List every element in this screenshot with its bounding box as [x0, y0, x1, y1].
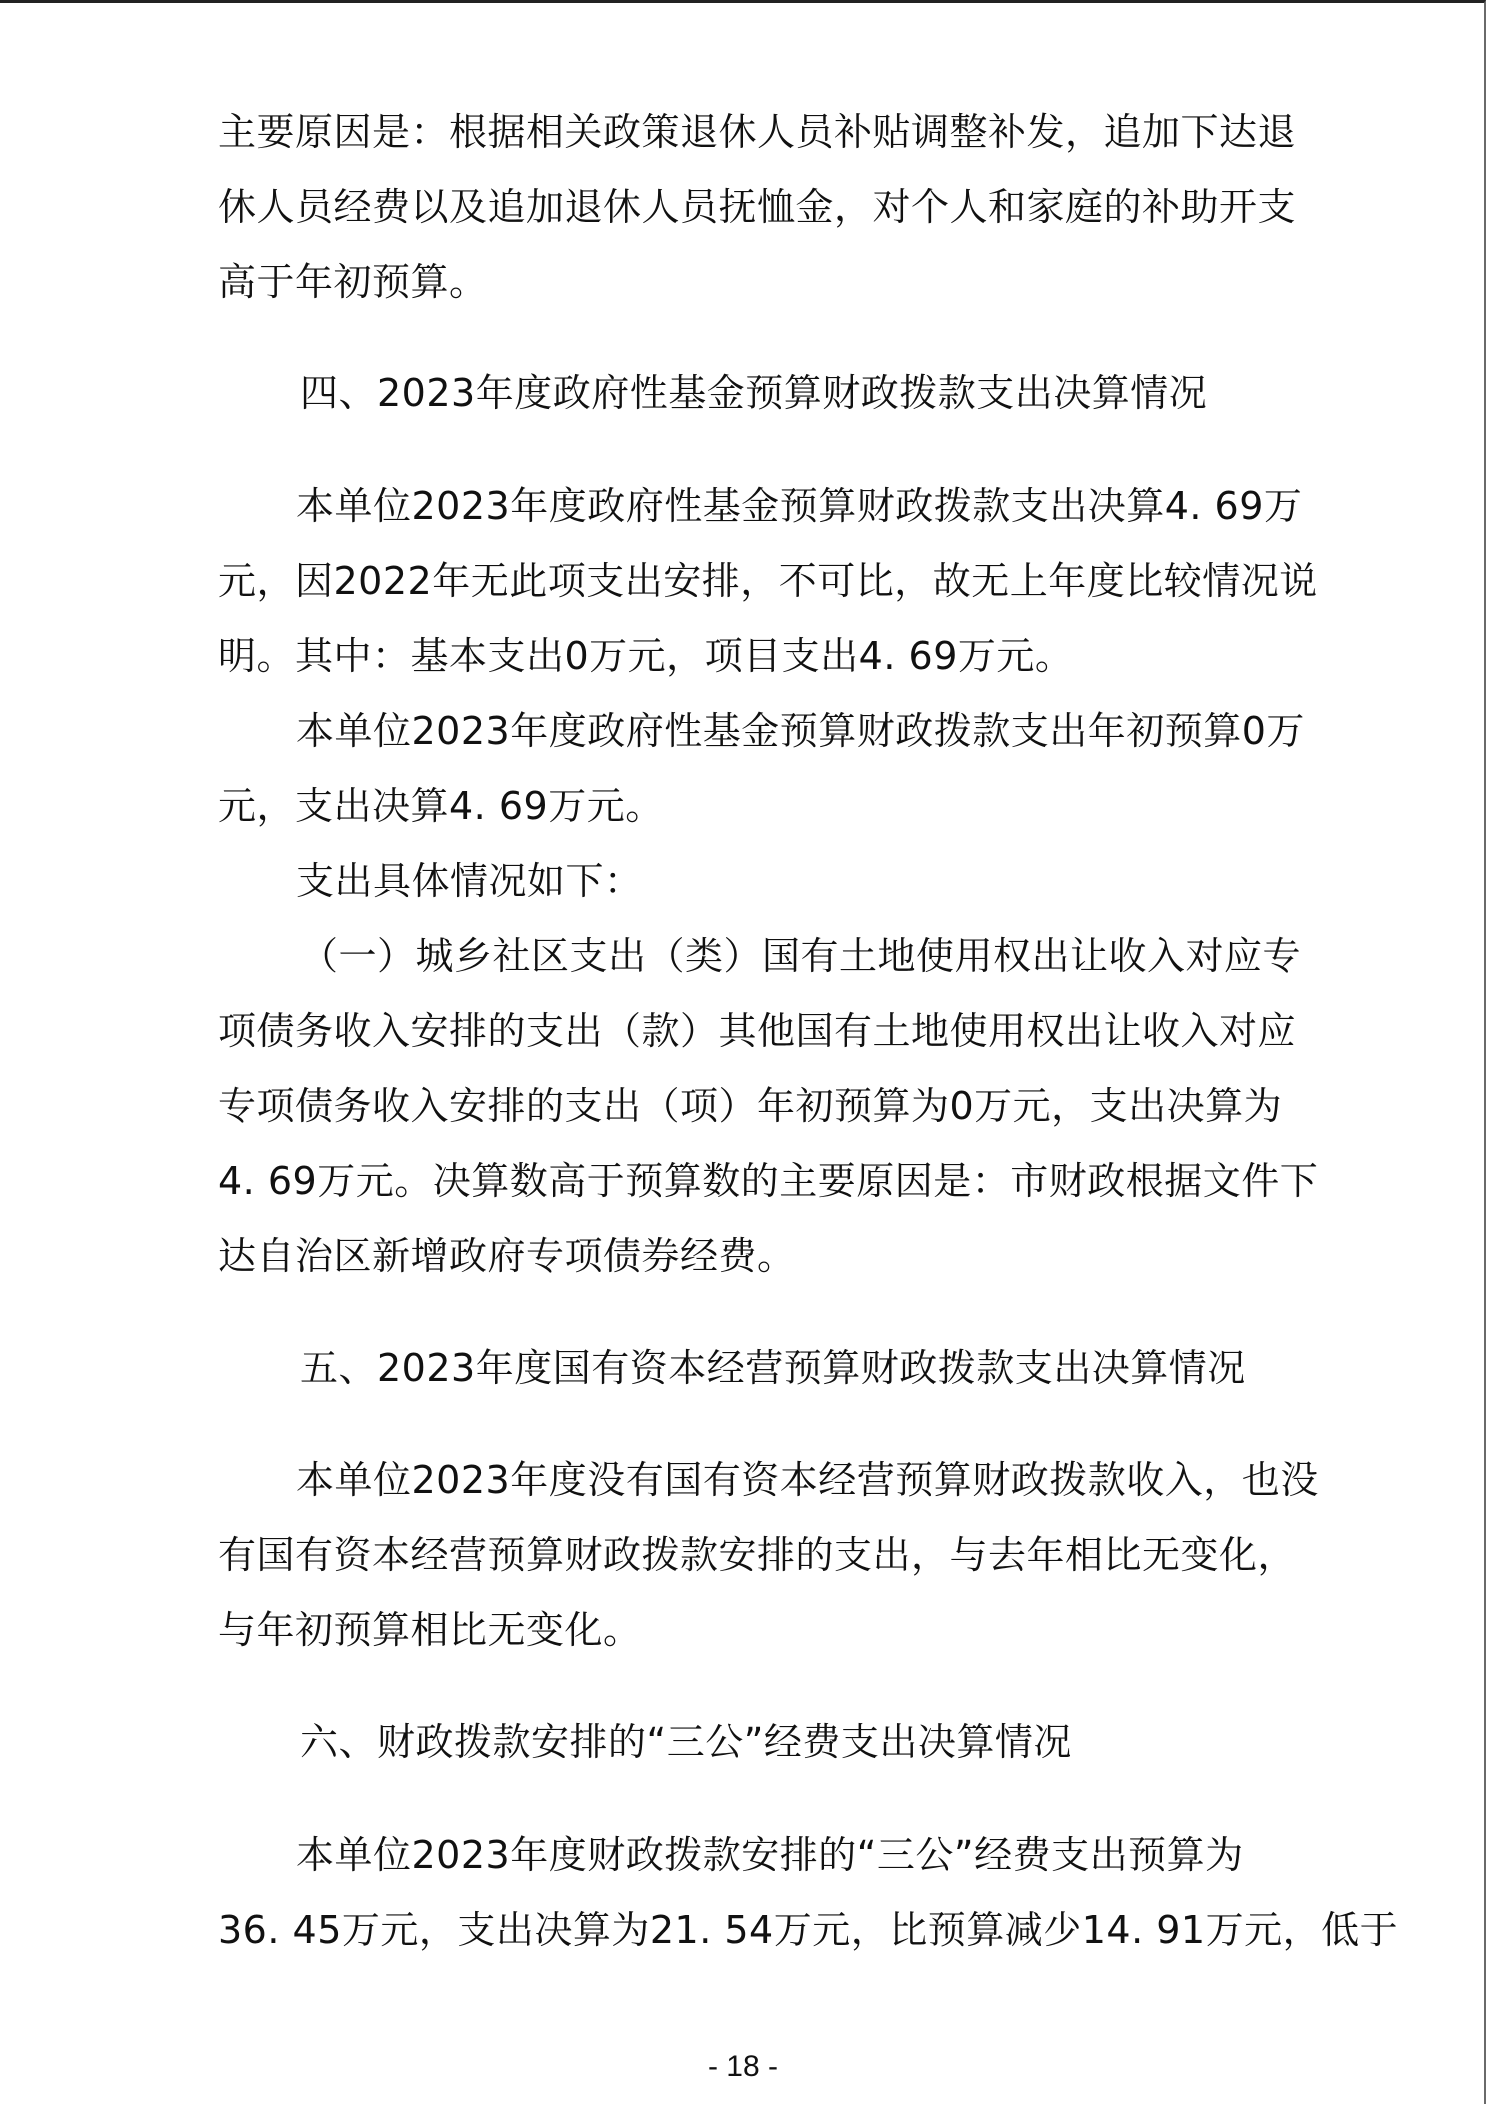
section-heading-5: 五、2023年度国有资本经营预算财政拨款支出决算情况: [300, 1343, 1246, 1393]
paragraph-line: 36. 45万元，支出决算为21. 54万元，比预算减少14. 91万元，低于: [218, 1905, 1398, 1955]
list-item-line: 达自治区新增政府专项债券经费。: [218, 1231, 796, 1281]
paragraph-line: 本单位2023年度没有国有资本经营预算财政拨款收入，也没: [296, 1455, 1319, 1505]
paragraph-line: 支出具体情况如下：: [296, 856, 643, 906]
paragraph-line: 本单位2023年度政府性基金预算财政拨款支出年初预算0万: [296, 706, 1305, 756]
paragraph-line: 休人员经费以及追加退休人员抚恤金，对个人和家庭的补助开支: [218, 182, 1296, 232]
list-item-line: 专项债务收入安排的支出（项）年初预算为0万元，支出决算为: [218, 1081, 1282, 1131]
page-number: - 18 -: [0, 2049, 1486, 2085]
paragraph-line: 高于年初预算。: [218, 257, 488, 307]
list-item-line: 项债务收入安排的支出（款）其他国有土地使用权出让收入对应: [218, 1006, 1296, 1056]
document-page: 主要原因是：根据相关政策退休人员补贴调整补发，追加下达退 休人员经费以及追加退休…: [0, 0, 1486, 2104]
list-item-line: （一）城乡社区支出（类）国有土地使用权出让收入对应专: [300, 931, 1301, 981]
paragraph-line: 元，支出决算4. 69万元。: [218, 781, 664, 831]
section-heading-6: 六、财政拨款安排的“三公”经费支出决算情况: [300, 1717, 1072, 1767]
paragraph-line: 本单位2023年度政府性基金预算财政拨款支出决算4. 69万: [296, 481, 1302, 531]
list-item-line: 4. 69万元。决算数高于预算数的主要原因是：市财政根据文件下: [218, 1156, 1318, 1206]
paragraph-line: 主要原因是：根据相关政策退休人员补贴调整补发，追加下达退: [218, 107, 1296, 157]
paragraph-line: 明。其中：基本支出0万元，项目支出4. 69万元。: [218, 631, 1073, 681]
paragraph-line: 元，因2022年无此项支出安排，不可比，故无上年度比较情况说: [218, 556, 1318, 606]
paragraph-line: 有国有资本经营预算财政拨款安排的支出，与去年相比无变化，: [218, 1530, 1296, 1580]
paragraph-line: 与年初预算相比无变化。: [218, 1605, 642, 1655]
section-heading-4: 四、2023年度政府性基金预算财政拨款支出决算情况: [300, 368, 1207, 418]
paragraph-line: 本单位2023年度财政拨款安排的“三公”经费支出预算为: [296, 1830, 1244, 1880]
